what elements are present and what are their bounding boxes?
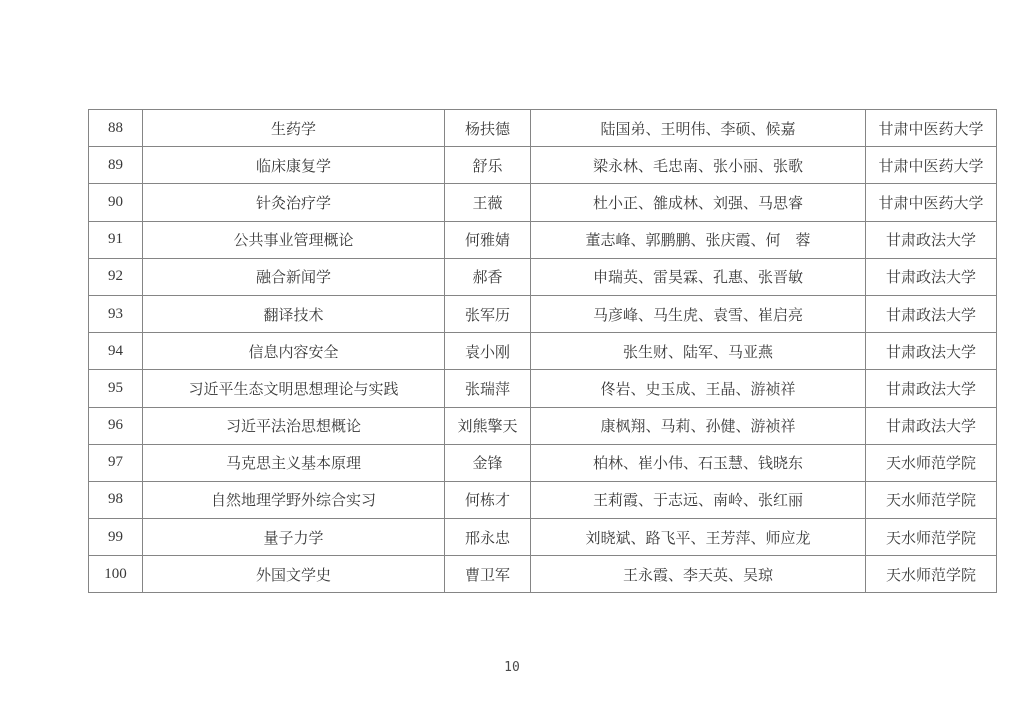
cell-course: 公共事业管理概论 (143, 221, 445, 258)
table-row: 95习近平生态文明思想理论与实践张瑞萍佟岩、史玉成、王晶、游祯祥甘肃政法大学 (89, 370, 997, 407)
cell-no: 94 (89, 333, 143, 370)
cell-leader: 郝香 (445, 258, 531, 295)
cell-leader: 张瑞萍 (445, 370, 531, 407)
document-page: 88生药学杨扶德陆国弟、王明伟、李硕、候嘉甘肃中医药大学89临床康复学舒乐梁永林… (0, 0, 1024, 724)
cell-course: 生药学 (143, 110, 445, 147)
table-body: 88生药学杨扶德陆国弟、王明伟、李硕、候嘉甘肃中医药大学89临床康复学舒乐梁永林… (89, 110, 997, 593)
cell-leader: 金锋 (445, 444, 531, 481)
table-row: 99量子力学邢永忠刘晓斌、路飞平、王芳萍、师应龙天水师范学院 (89, 519, 997, 556)
cell-school: 甘肃政法大学 (866, 258, 997, 295)
cell-leader: 张军历 (445, 295, 531, 332)
cell-no: 91 (89, 221, 143, 258)
cell-team: 杜小正、雒成林、刘强、马思睿 (531, 184, 866, 221)
cell-course: 自然地理学野外综合实习 (143, 481, 445, 518)
cell-school: 甘肃中医药大学 (866, 147, 997, 184)
cell-leader: 邢永忠 (445, 519, 531, 556)
cell-course: 信息内容安全 (143, 333, 445, 370)
cell-leader: 曹卫军 (445, 556, 531, 593)
cell-school: 甘肃政法大学 (866, 370, 997, 407)
cell-school: 甘肃中医药大学 (866, 110, 997, 147)
cell-team: 董志峰、郭鹏鹏、张庆霞、何 蓉 (531, 221, 866, 258)
table-row: 89临床康复学舒乐梁永林、毛忠南、张小丽、张歌甘肃中医药大学 (89, 147, 997, 184)
cell-no: 92 (89, 258, 143, 295)
cell-school: 甘肃政法大学 (866, 221, 997, 258)
cell-course: 习近平法治思想概论 (143, 407, 445, 444)
cell-course: 外国文学史 (143, 556, 445, 593)
cell-team: 柏林、崔小伟、石玉慧、钱晓东 (531, 444, 866, 481)
cell-no: 90 (89, 184, 143, 221)
cell-team: 马彦峰、马生虎、袁雪、崔启亮 (531, 295, 866, 332)
table-row: 98自然地理学野外综合实习何栋才王莉霞、于志远、南岭、张红丽天水师范学院 (89, 481, 997, 518)
cell-course: 翻译技术 (143, 295, 445, 332)
table-row: 94信息内容安全袁小刚张生财、陆军、马亚燕甘肃政法大学 (89, 333, 997, 370)
cell-leader: 袁小刚 (445, 333, 531, 370)
cell-school: 甘肃政法大学 (866, 333, 997, 370)
table-row: 97马克思主义基本原理金锋柏林、崔小伟、石玉慧、钱晓东天水师范学院 (89, 444, 997, 481)
cell-leader: 王薇 (445, 184, 531, 221)
cell-leader: 舒乐 (445, 147, 531, 184)
cell-no: 93 (89, 295, 143, 332)
cell-team: 王莉霞、于志远、南岭、张红丽 (531, 481, 866, 518)
cell-leader: 杨扶德 (445, 110, 531, 147)
cell-school: 甘肃政法大学 (866, 407, 997, 444)
cell-school: 甘肃政法大学 (866, 295, 997, 332)
cell-school: 天水师范学院 (866, 519, 997, 556)
cell-course: 量子力学 (143, 519, 445, 556)
cell-team: 佟岩、史玉成、王晶、游祯祥 (531, 370, 866, 407)
cell-no: 99 (89, 519, 143, 556)
cell-course: 习近平生态文明思想理论与实践 (143, 370, 445, 407)
cell-school: 天水师范学院 (866, 481, 997, 518)
cell-team: 申瑞英、雷昊霖、孔惠、张晋敏 (531, 258, 866, 295)
table-row: 100外国文学史曹卫军王永霞、李天英、吴琼天水师范学院 (89, 556, 997, 593)
cell-team: 康枫翔、马莉、孙健、游祯祥 (531, 407, 866, 444)
cell-no: 88 (89, 110, 143, 147)
cell-school: 天水师范学院 (866, 556, 997, 593)
cell-team: 刘晓斌、路飞平、王芳萍、师应龙 (531, 519, 866, 556)
cell-no: 100 (89, 556, 143, 593)
table-row: 92融合新闻学郝香申瑞英、雷昊霖、孔惠、张晋敏甘肃政法大学 (89, 258, 997, 295)
cell-school: 甘肃中医药大学 (866, 184, 997, 221)
cell-no: 98 (89, 481, 143, 518)
table-row: 90针灸治疗学王薇杜小正、雒成林、刘强、马思睿甘肃中医药大学 (89, 184, 997, 221)
cell-team: 王永霞、李天英、吴琼 (531, 556, 866, 593)
cell-team: 梁永林、毛忠南、张小丽、张歌 (531, 147, 866, 184)
cell-course: 马克思主义基本原理 (143, 444, 445, 481)
cell-leader: 刘熊擎天 (445, 407, 531, 444)
cell-course: 临床康复学 (143, 147, 445, 184)
page-number: 10 (0, 660, 1024, 675)
cell-course: 融合新闻学 (143, 258, 445, 295)
cell-school: 天水师范学院 (866, 444, 997, 481)
course-table: 88生药学杨扶德陆国弟、王明伟、李硕、候嘉甘肃中医药大学89临床康复学舒乐梁永林… (88, 109, 997, 593)
cell-no: 95 (89, 370, 143, 407)
cell-leader: 何雅婧 (445, 221, 531, 258)
cell-no: 97 (89, 444, 143, 481)
table-row: 93翻译技术张军历马彦峰、马生虎、袁雪、崔启亮甘肃政法大学 (89, 295, 997, 332)
table-row: 96习近平法治思想概论刘熊擎天康枫翔、马莉、孙健、游祯祥甘肃政法大学 (89, 407, 997, 444)
table-row: 88生药学杨扶德陆国弟、王明伟、李硕、候嘉甘肃中医药大学 (89, 110, 997, 147)
cell-team: 张生财、陆军、马亚燕 (531, 333, 866, 370)
cell-no: 89 (89, 147, 143, 184)
cell-course: 针灸治疗学 (143, 184, 445, 221)
table-row: 91公共事业管理概论何雅婧董志峰、郭鹏鹏、张庆霞、何 蓉甘肃政法大学 (89, 221, 997, 258)
cell-team: 陆国弟、王明伟、李硕、候嘉 (531, 110, 866, 147)
cell-no: 96 (89, 407, 143, 444)
cell-leader: 何栋才 (445, 481, 531, 518)
